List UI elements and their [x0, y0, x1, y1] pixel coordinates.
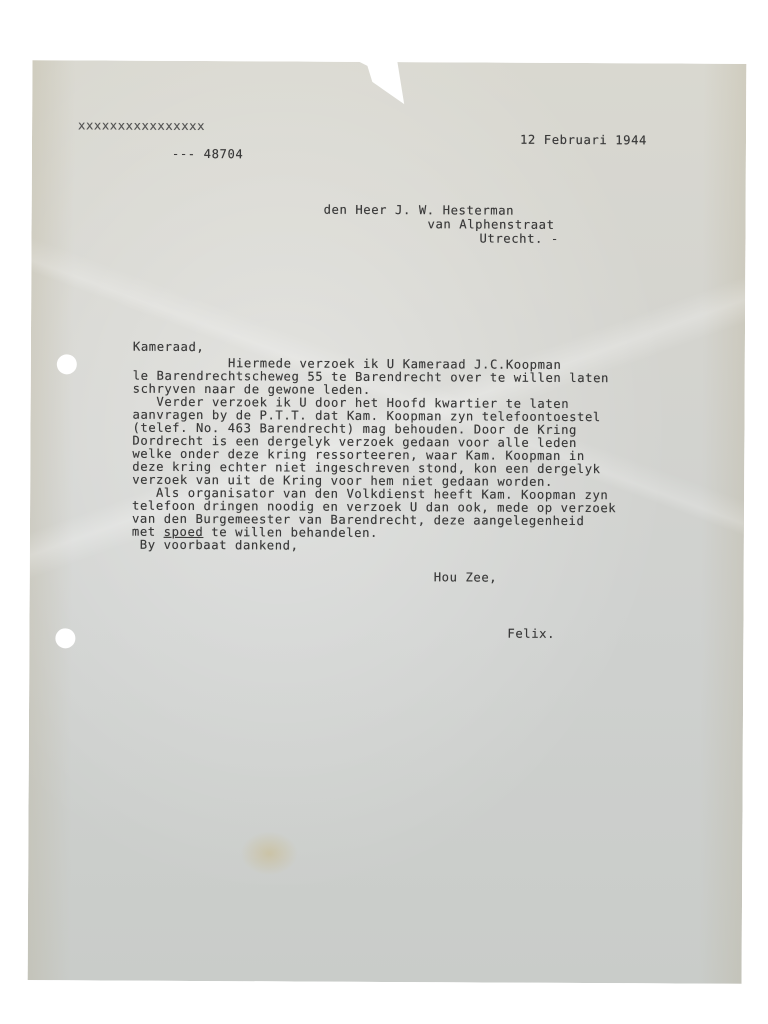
addressee-name: den Heer J. W. Hesterman	[324, 204, 515, 218]
salutation: Kameraad,	[133, 341, 205, 354]
letter-date: 12 Februari 1944	[520, 134, 647, 148]
reference-number: --- 48704	[172, 148, 244, 161]
greeting: Hou Zee,	[434, 571, 498, 584]
letter-paper: xxxxxxxxxxxxxxxx --- 48704 12 Februari 1…	[28, 60, 747, 984]
addressee-city: Utrecht. -	[479, 232, 558, 245]
photo-background: xxxxxxxxxxxxxxxx --- 48704 12 Februari 1…	[0, 0, 768, 1024]
punch-hole-bottom	[55, 628, 75, 648]
letter-body: Hiermede verzoek ik U Kameraad J.C.Koopm…	[132, 357, 617, 555]
signature: Felix.	[507, 628, 555, 641]
punch-hole-top	[57, 354, 77, 374]
closing-line: By voorbaat dankend,	[132, 539, 616, 555]
paper-stain	[240, 831, 298, 875]
reference-mark: xxxxxxxxxxxxxxxx	[78, 119, 205, 133]
addressee-street: van Alphenstraat	[428, 218, 555, 232]
